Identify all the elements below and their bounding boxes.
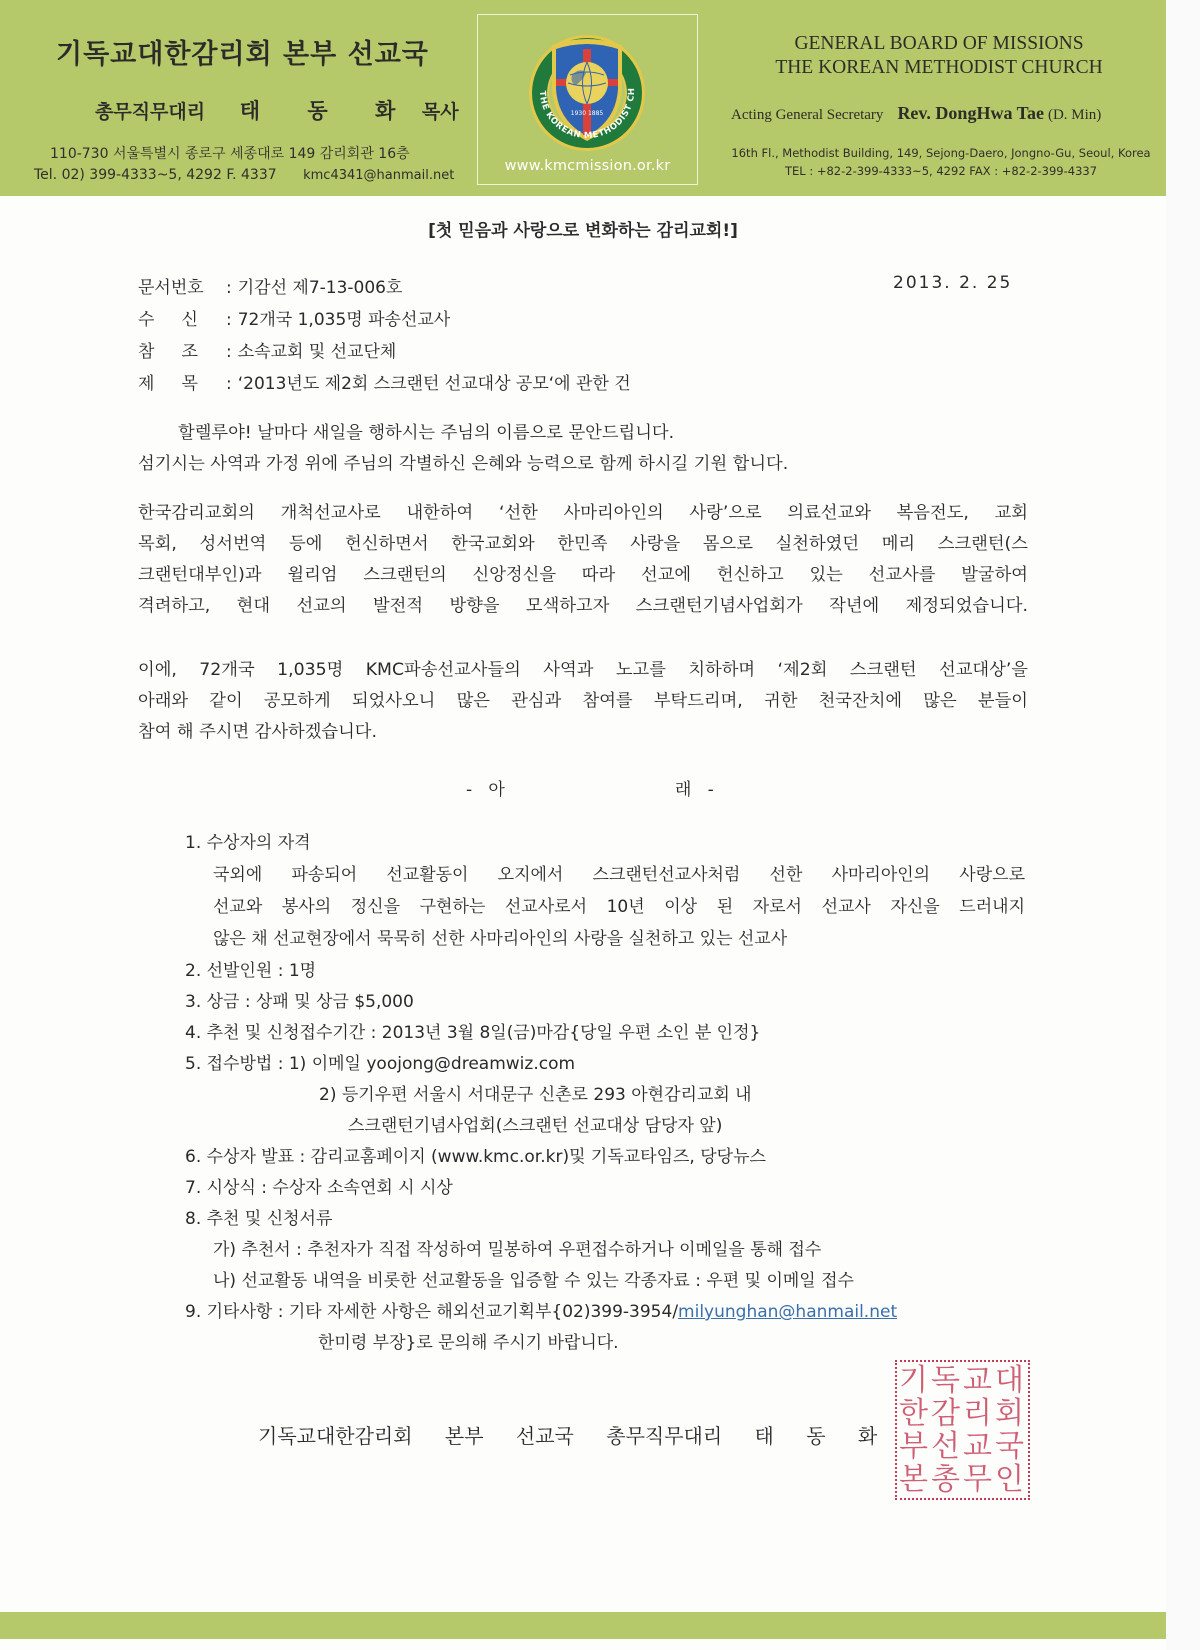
secretary-english: Acting General Secretary Rev. DongHwa Ta…	[731, 103, 1101, 124]
intro-paragraph: 한국감리교회의 개척선교사로 내한하여 ‘선한 사마리아인의 사랑’으로 의료선…	[138, 498, 1028, 622]
secretary-name: 태 동 화	[240, 99, 415, 123]
letterhead-english: GENERAL BOARD OF MISSIONS THE KOREAN MET…	[700, 0, 1166, 196]
section-heading-right: 래 -	[675, 775, 714, 800]
list-item-submission-mail: 2) 등기우편 서울시 서대문구 신촌로 293 아현감리교회 내	[319, 1080, 752, 1105]
signature-dept1: 본부	[445, 1424, 484, 1448]
contact-english: TEL : +82-2-399-4333~5, 4292 FAX : +82-2…	[708, 164, 1174, 178]
signature-name: 화	[858, 1424, 877, 1448]
list-item-selection: 2. 선발인원 : 1명	[185, 956, 316, 981]
meta-row-reference: 참 조:소속교회 및 선교단체	[138, 337, 396, 362]
org-name-korean: 기독교대한감리회 본부 선교국	[56, 32, 429, 71]
logo-box: 1930 1885 THE KOREAN METHODIST CHURCH ww…	[477, 14, 698, 185]
slogan: [첫 믿음과 사랑으로 변화하는 감리교회!]	[0, 216, 1166, 241]
greeting-paragraph: 할렐루야! 날마다 새일을 행하시는 주님의 이름으로 문안드립니다. 섬기시는…	[138, 418, 1028, 480]
greeting-line: 섬기시는 사역과 가정 위에 주님의 각별하신 은혜와 능력으로 함께 하시길 …	[138, 449, 1028, 480]
announcement-paragraph: 이에, 72개국 1,035명 KMC파송선교사들의 사역과 노고를 치하하며 …	[138, 655, 1028, 748]
list-item-submission-mail-address: 스크랜턴기념사업회(스크랜턴 선교대상 담당자 앞)	[348, 1111, 722, 1136]
list-item-qualification: 1. 수상자의 자격	[185, 828, 311, 853]
meta-value: 72개국 1,035명 파송선교사	[238, 310, 450, 330]
other-text: 9. 기타사항 : 기타 자세한 사항은 해외선교기획부{02)399-3954…	[185, 1302, 678, 1322]
address-korean: 110-730 서울특별시 종로구 세종대로 149 감리회관 16층	[50, 143, 410, 163]
email-address: kmc4341@hanmail.net	[303, 168, 454, 183]
contact-email-link[interactable]: milyunghan@hanmail.net	[678, 1302, 897, 1322]
official-seal-stamp: 대 교 독 기 회 리 감 한 국 교 선 부 인 무 총 본	[895, 1360, 1030, 1500]
secretary-degree: (D. Min)	[1048, 107, 1101, 123]
signature-role: 총무직무대리	[606, 1424, 722, 1448]
meta-value: ‘2013년도 제2회 스크랜턴 선교대상 공모‘에 관한 건	[238, 374, 631, 394]
signature-name: 태	[755, 1424, 774, 1448]
page-margin	[1166, 0, 1200, 1650]
letterhead-korean: 기독교대한감리회 본부 선교국 총무직무대리 태 동 화 목사 110-730 …	[0, 0, 460, 196]
meta-value: 기감선 제7-13-006호	[238, 278, 403, 298]
document-date: 2013. 2. 25	[893, 273, 1012, 293]
list-item-documents: 8. 추천 및 신청서류	[185, 1204, 332, 1229]
signature-name: 동	[806, 1424, 825, 1448]
signature-org: 기독교대한감리회	[258, 1424, 413, 1448]
meta-row-subject: 제 목:‘2013년도 제2회 스크랜턴 선교대상 공모‘에 관한 건	[138, 369, 631, 394]
list-subitem-evidence: 나) 선교활동 내역을 비롯한 선교활동을 입증할 수 있는 각종자료 : 우편…	[213, 1266, 854, 1291]
list-item-text: 않은 채 선교현장에서 묵묵히 선한 사마리아인의 사랑을 실천하고 있는 선교…	[213, 924, 787, 949]
org-name-english-line1: GENERAL BOARD OF MISSIONS	[706, 33, 1172, 55]
org-name-english-line2: THE KOREAN METHODIST CHURCH	[706, 57, 1172, 79]
secretary-korean: 총무직무대리 태 동 화 목사	[95, 95, 459, 125]
meta-value: 소속교회 및 선교단체	[238, 342, 397, 362]
paragraph-line: 격려하고, 현대 선교의 발전적 방향을 모색하고자 스크랜턴기념사업회가 작년…	[138, 591, 1028, 622]
list-item-other: 9. 기타사항 : 기타 자세한 사항은 해외선교기획부{02)399-3954…	[185, 1297, 897, 1322]
contact-korean: Tel. 02) 399-4333~5, 4292 F. 4337 kmc434…	[34, 167, 454, 183]
meta-label: 제 목	[138, 369, 222, 394]
paragraph-line: 목회, 성서번역 등에 헌신하면서 한국교회와 한민족 사랑을 몸으로 실천하였…	[138, 529, 1028, 560]
meta-label: 수 신	[138, 305, 222, 330]
signature-dept2: 선교국	[516, 1424, 574, 1448]
secretary-role-english: Acting General Secretary	[731, 107, 883, 123]
secretary-name-english: Rev. DongHwa Tae	[897, 103, 1044, 123]
list-subitem-recommendation: 가) 추천서 : 추천자가 직접 작성하여 밀봉하여 우편접수하거나 이메일을 …	[213, 1235, 821, 1260]
signature-line: 기독교대한감리회 본부 선교국 총무직무대리 태 동 화	[258, 1420, 903, 1449]
meta-row-doc-number: 문서번호:기감선 제7-13-006호	[138, 273, 402, 298]
footer-band	[0, 1612, 1166, 1639]
secretary-title: 목사	[422, 101, 459, 123]
greeting-line: 할렐루야! 날마다 새일을 행하시는 주님의 이름으로 문안드립니다.	[138, 418, 1028, 449]
svg-text:1930 1885: 1930 1885	[571, 110, 604, 117]
paragraph-line: 아래와 같이 공모하게 되었사오니 많은 관심과 참여를 부탁드리며, 귀한 천…	[138, 686, 1028, 717]
methodist-emblem-icon: 1930 1885 THE KOREAN METHODIST CHURCH	[522, 29, 652, 154]
address-english: 16th Fl., Methodist Building, 149, Sejon…	[708, 146, 1174, 160]
meta-label: 참 조	[138, 337, 222, 362]
list-item-text: 선교와 봉사의 정신을 구현하는 선교사로서 10년 이상 된 자로서 선교사 …	[213, 892, 1025, 917]
secretary-role: 총무직무대리	[95, 101, 205, 123]
list-item-submission-email: 5. 접수방법 : 1) 이메일 yoojong@dreamwiz.com	[185, 1049, 575, 1074]
mission-website-url[interactable]: www.kmcmission.or.kr	[478, 158, 697, 174]
section-heading-left: - 아	[466, 775, 505, 800]
phone-fax: Tel. 02) 399-4333~5, 4292 F. 4337	[34, 167, 277, 183]
list-item-announcement: 6. 수상자 발표 : 감리교홈페이지 (www.kmc.or.kr)및 기독교…	[185, 1142, 766, 1167]
list-item-ceremony: 7. 시상식 : 수상자 소속연회 시 시상	[185, 1173, 453, 1198]
list-item-text: 국외에 파송되어 선교활동이 오지에서 스크랜턴선교사처럼 선한 사마리아인의 …	[213, 860, 1025, 885]
meta-label: 문서번호	[138, 273, 222, 298]
paragraph-line: 이에, 72개국 1,035명 KMC파송선교사들의 사역과 노고를 치하하며 …	[138, 655, 1028, 686]
paragraph-line: 한국감리교회의 개척선교사로 내한하여 ‘선한 사마리아인의 사랑’으로 의료선…	[138, 498, 1028, 529]
list-item-deadline: 4. 추천 및 신청접수기간 : 2013년 3월 8일(금)마감{당일 우편 …	[185, 1018, 760, 1043]
paragraph-line: 크랜턴대부인)과 윌리엄 스크랜턴의 신앙정신을 따라 선교에 헌신하고 있는 …	[138, 560, 1028, 591]
meta-row-recipient: 수 신:72개국 1,035명 파송선교사	[138, 305, 450, 330]
paragraph-line: 참여 해 주시면 감사하겠습니다.	[138, 717, 1028, 748]
list-item-other-cont: 한미령 부장}로 문의해 주시기 바랍니다.	[318, 1328, 619, 1353]
list-item-prize: 3. 상금 : 상패 및 상금 $5,000	[185, 987, 414, 1012]
